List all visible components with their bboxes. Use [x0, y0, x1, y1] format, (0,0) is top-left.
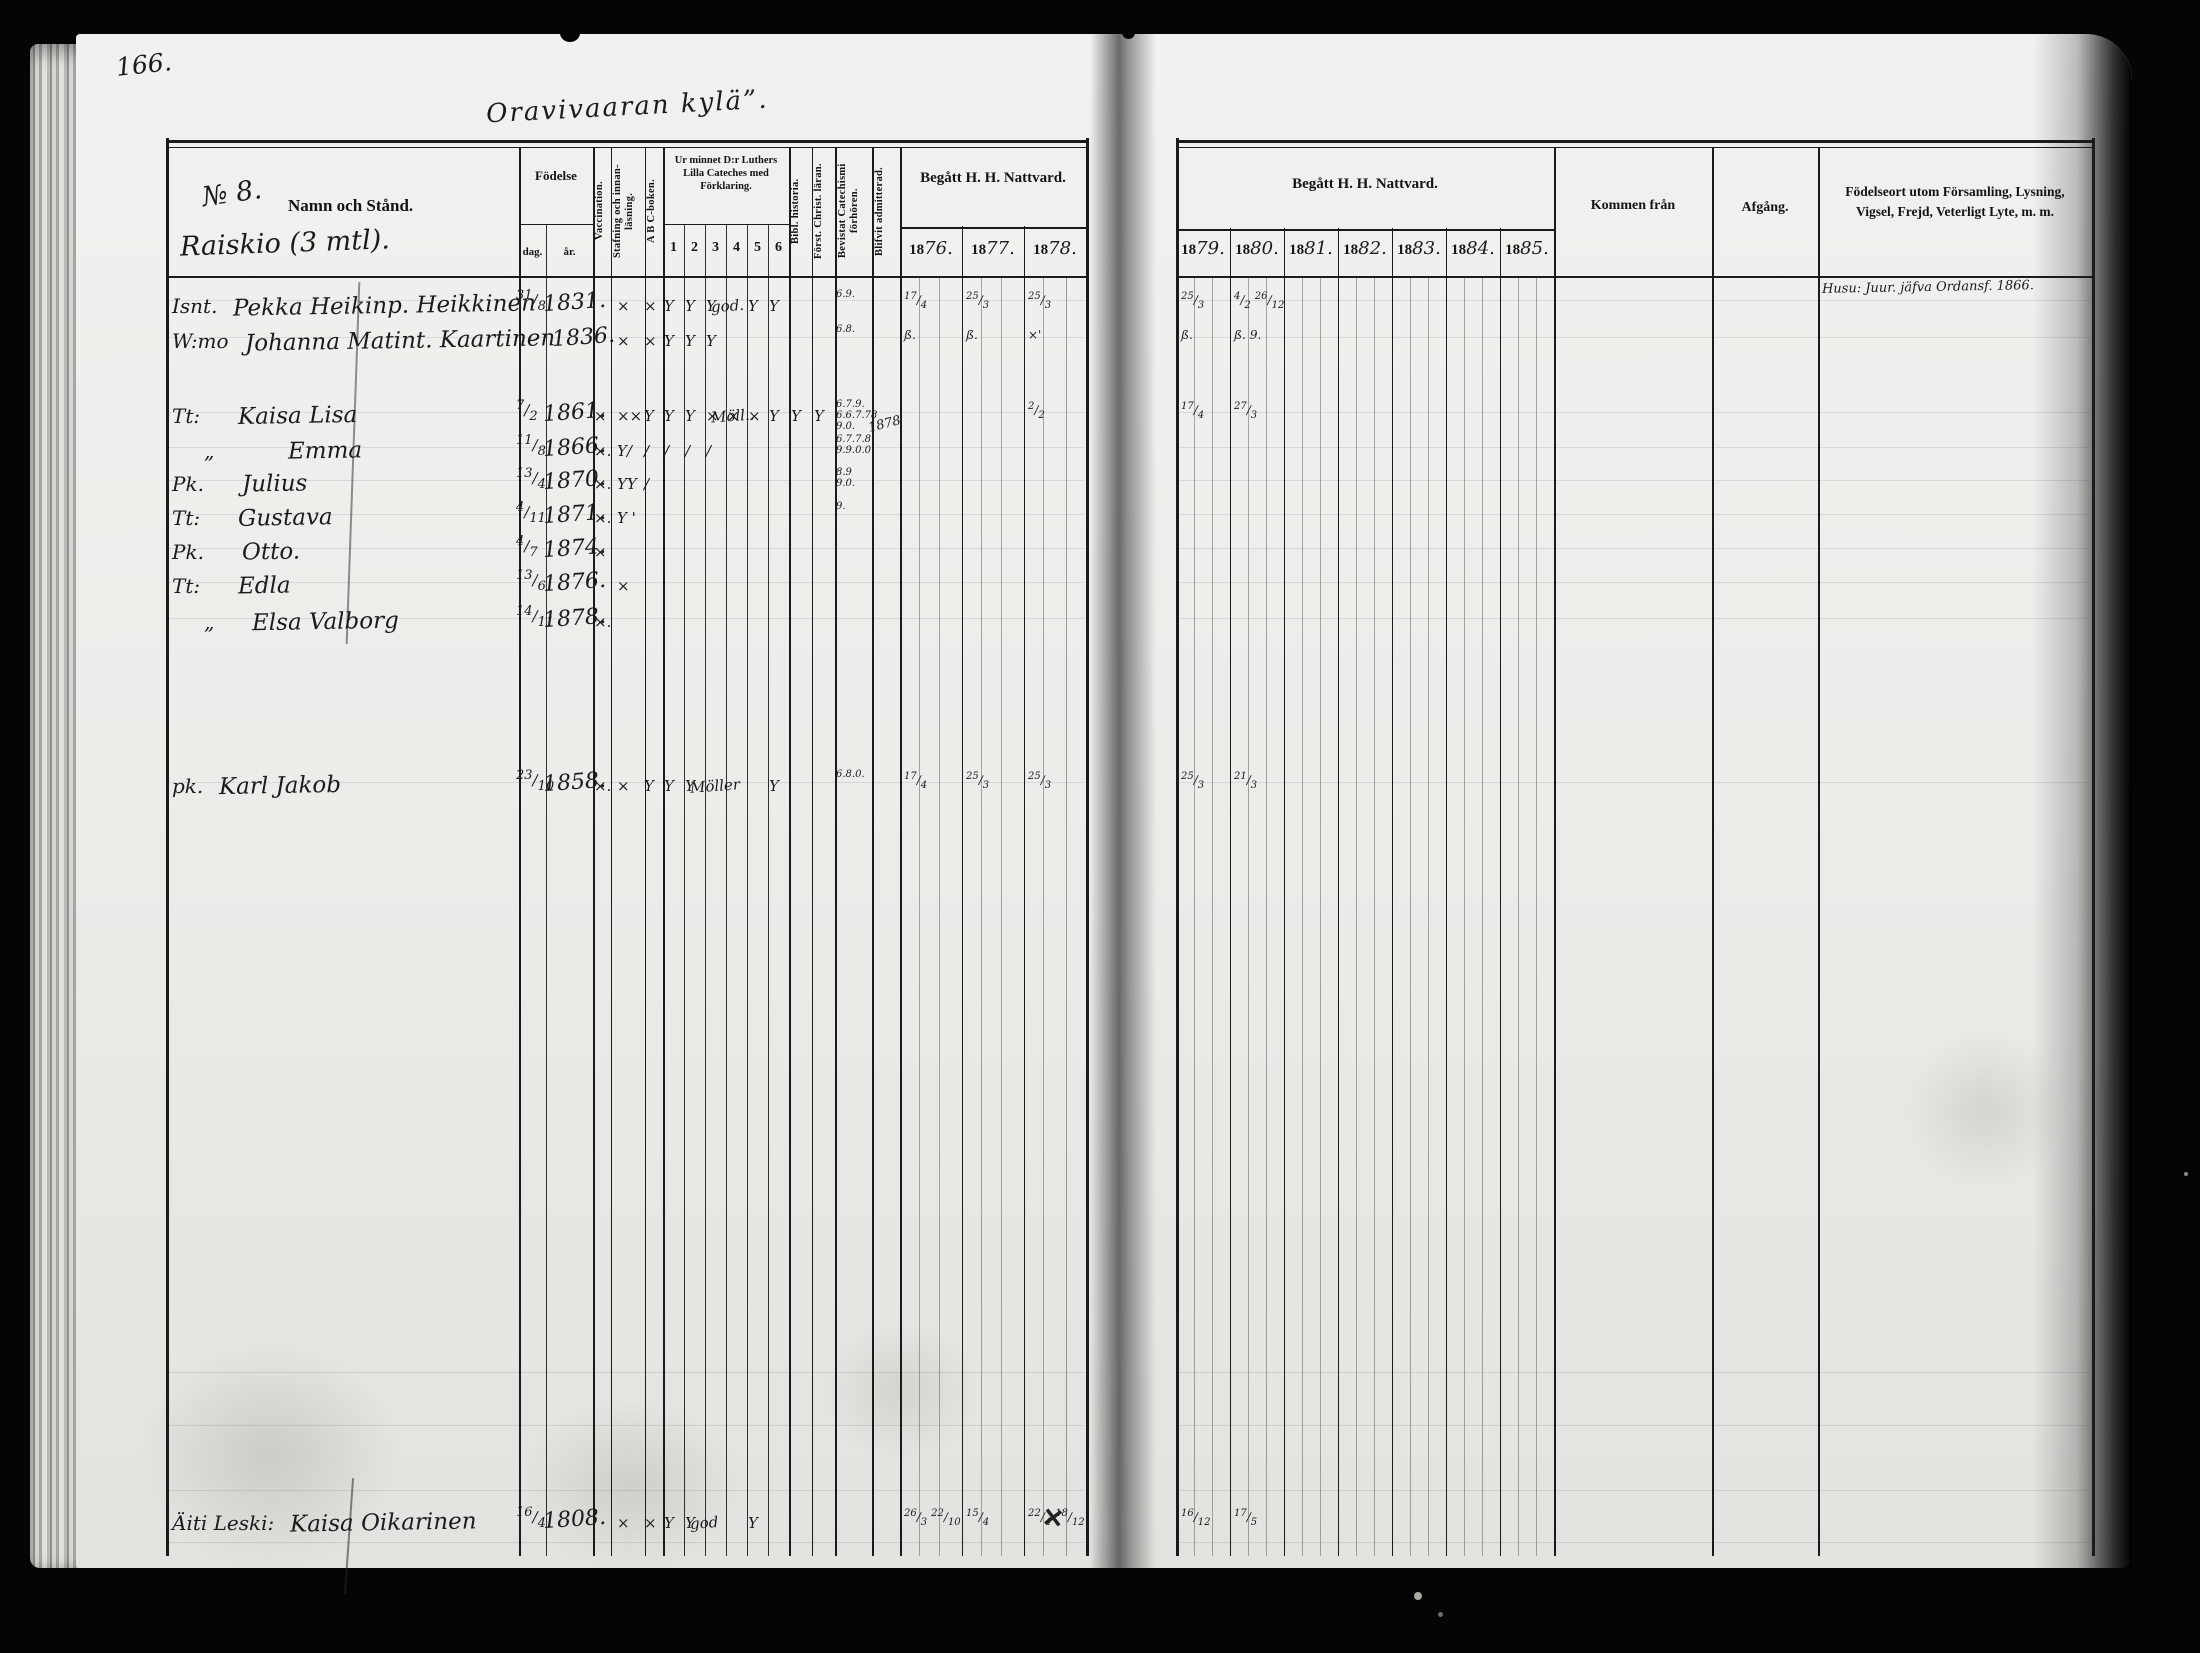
reading-mark: Y: [685, 407, 695, 425]
communion-year-header: 1876.: [900, 238, 962, 259]
exam-years-note: 6.9.: [836, 289, 855, 300]
reading-mark: /: [706, 442, 711, 460]
reading-mark: Y: [644, 407, 654, 425]
reading-mark: Y: [791, 407, 801, 425]
reading-mark: /: [644, 475, 649, 493]
year-script-suffix: 78.: [1048, 238, 1077, 259]
table-rule-horizontal: [1178, 548, 2090, 549]
departure-header: Afgång.: [1712, 200, 1818, 216]
year-script-suffix: 77.: [986, 238, 1015, 259]
year-printed-prefix: 18: [1343, 242, 1358, 258]
table-rule-vertical: [1066, 276, 1067, 1556]
person-name: Elsa Valborg: [252, 608, 399, 637]
communion-year-header: 1881.: [1284, 238, 1338, 259]
catechism-group-header: Ur minnet D:r Luthers Lilla Cateches med…: [665, 154, 787, 193]
person-row: Pk.Julius: [172, 471, 307, 497]
reading-spelling-header: Stafning och innan­läsning.: [612, 150, 644, 272]
table-rule-vertical: [939, 276, 940, 1556]
communion-date-mark: ß. 9.: [1234, 326, 1261, 344]
reading-mark: Y: [769, 777, 779, 795]
communion-year-header: 1880.: [1230, 238, 1284, 259]
communion-date-mark: ß.: [904, 326, 916, 344]
page-right-edge-shadow: [2032, 34, 2132, 1568]
reading-mark: ×: [617, 297, 630, 315]
table-rule-horizontal: [1178, 300, 2090, 301]
person-row: pk.Karl Jakob: [172, 773, 341, 799]
reading-mark: /: [685, 442, 690, 460]
communion-date-mark: 4∕2 26∕12: [1234, 291, 1284, 309]
reading-mark: Y: [664, 1514, 674, 1532]
table-rule-vertical: [1818, 148, 1820, 1556]
birth-year-header: år.: [546, 246, 593, 258]
birth-column-header: Födelse: [519, 168, 593, 184]
reading-mark: Y: [814, 407, 824, 425]
communion-date-mark: 25∕3: [1181, 291, 1204, 309]
table-rule-horizontal: [1178, 1542, 2090, 1543]
catechism-part-number: 5: [747, 240, 768, 256]
communion-date-mark: 25∕3: [1028, 771, 1051, 789]
communion-date-mark: 17∕4: [904, 291, 927, 309]
table-rule-horizontal: [1178, 480, 2090, 481]
table-rule-horizontal: [168, 548, 1084, 549]
table-rule-horizontal: [1176, 147, 2092, 148]
table-rule-vertical: [872, 148, 874, 1556]
reading-mark: ×: [617, 777, 630, 795]
exam-years-note: 8.99.0.: [836, 467, 855, 489]
abc-book-header: A B C-boken.: [646, 150, 662, 272]
table-rule-vertical: [166, 138, 169, 1556]
year-script-suffix: 82.: [1358, 238, 1387, 259]
communion-date-mark: 25∕3: [1028, 291, 1051, 309]
table-rule-vertical: [593, 148, 595, 1556]
table-rule-horizontal: [1178, 582, 2090, 583]
reading-note: god: [689, 1513, 718, 1533]
reading-mark: Y: [748, 1514, 758, 1532]
table-rule-horizontal: [1178, 337, 2090, 338]
table-rule-vertical: [1482, 276, 1483, 1556]
communion-year-header: 1878.: [1024, 238, 1086, 259]
person-row: Tt:Gustava: [172, 505, 333, 531]
christian-doctrine-header: Först. Christ. läran.: [813, 150, 834, 272]
table-rule-horizontal: [900, 227, 1086, 229]
communion-date-mark: 17∕5: [1234, 1508, 1257, 1526]
table-rule-vertical: [1374, 276, 1375, 1556]
person-name: Gustava: [238, 504, 333, 532]
dust-speck: [1414, 1592, 1422, 1600]
catechism-part-number: 1: [663, 240, 684, 256]
reading-mark: Y: [664, 777, 674, 795]
table-rule-vertical: [1446, 228, 1447, 1556]
birth-year: 1831.: [542, 288, 607, 317]
year-printed-prefix: 18: [909, 242, 924, 258]
exam-years-note: 6.8.0.: [836, 769, 865, 780]
table-rule-vertical: [1356, 276, 1357, 1556]
table-rule-vertical: [1410, 276, 1411, 1556]
name-column-header: Namn och Stånd.: [288, 196, 413, 216]
table-rule-horizontal: [168, 1490, 1084, 1491]
communion-date-mark: 25∕3: [1181, 771, 1204, 789]
year-script-suffix: 80.: [1250, 238, 1279, 259]
table-rule-horizontal: [166, 147, 1086, 148]
table-rule-vertical: [1428, 276, 1429, 1556]
communion-year-header: 1879.: [1176, 238, 1230, 259]
birth-day-header: dag.: [519, 246, 546, 258]
table-rule-vertical: [1266, 276, 1267, 1556]
person-row: Tt:Edla: [172, 573, 291, 599]
person-row: „Elsa Valborg: [204, 609, 399, 635]
table-rule-vertical: [2092, 138, 2095, 1556]
reading-mark: Y: [769, 407, 779, 425]
person-prefix: Pk.: [172, 472, 204, 496]
birth-day: 4∕7: [516, 537, 538, 556]
reading-mark: /: [644, 442, 649, 460]
table-rule-vertical: [1230, 228, 1231, 1556]
communion-date-mark: ×': [1028, 326, 1041, 344]
person-prefix: Tt:: [172, 574, 200, 598]
year-printed-prefix: 18: [1181, 242, 1196, 258]
year-printed-prefix: 18: [971, 242, 986, 258]
binding-shadow: [1090, 34, 1156, 1568]
person-name: Edla: [238, 573, 291, 600]
table-rule-horizontal: [1176, 140, 2092, 143]
reading-mark: ×: [644, 297, 657, 315]
person-name: Emma: [288, 437, 363, 464]
reading-mark: ×.: [594, 475, 611, 493]
year-script-suffix: 76.: [924, 238, 953, 259]
catechism-part-number: 3: [705, 240, 726, 256]
table-rule-vertical: [1248, 276, 1249, 1556]
ink-speck: [560, 24, 580, 42]
person-row: Isnt.Pekka Heikinp. Heikkinen: [172, 293, 536, 319]
person-name: Kaisa Oikarinen: [290, 1508, 477, 1537]
table-rule-vertical: [1518, 276, 1519, 1556]
reading-mark: Y ': [617, 509, 636, 527]
table-rule-horizontal: [1176, 276, 2092, 278]
communion-group-header-right: Begått H. H. Nattvard.: [1176, 176, 1554, 193]
dust-speck: [1438, 1612, 1443, 1617]
catechism-part-number: 4: [726, 240, 747, 256]
communion-year-header: 1877.: [962, 238, 1024, 259]
page-number: 166.: [115, 47, 173, 82]
reading-mark: ×.: [594, 442, 611, 460]
table-rule-horizontal: [663, 224, 789, 225]
table-rule-horizontal: [1178, 1490, 2090, 1491]
table-rule-vertical: [1302, 276, 1303, 1556]
year-printed-prefix: 18: [1289, 242, 1304, 258]
communion-year-header: 1885.: [1500, 238, 1554, 259]
reading-mark: Y: [706, 332, 716, 350]
reading-note: Möller: [689, 775, 740, 796]
table-rule-vertical: [789, 148, 791, 1556]
communion-date-mark: ß.: [1181, 326, 1193, 344]
year-script-suffix: 79.: [1196, 238, 1225, 259]
communion-year-header: 1883.: [1392, 238, 1446, 259]
reading-mark: Y: [685, 297, 695, 315]
table-rule-vertical: [919, 276, 920, 1556]
table-rule-vertical: [519, 148, 521, 1556]
table-rule-vertical: [1338, 228, 1339, 1556]
table-rule-vertical: [981, 276, 982, 1556]
person-prefix: Isnt.: [172, 294, 217, 318]
person-name: Pekka Heikinp. Heikkinen: [233, 290, 536, 321]
table-rule-vertical: [1284, 228, 1285, 1556]
reading-mark: ×: [594, 543, 607, 561]
table-rule-vertical: [1212, 276, 1213, 1556]
communion-date-mark: 27∕3: [1234, 401, 1257, 419]
communion-date-mark: 25∕3: [966, 771, 989, 789]
year-printed-prefix: 18: [1451, 242, 1466, 258]
table-rule-vertical: [1536, 276, 1537, 1556]
reading-mark: ×: [617, 332, 630, 350]
reading-mark: ×.: [594, 777, 611, 795]
table-rule-vertical: [1194, 276, 1195, 1556]
table-rule-horizontal: [1178, 782, 2090, 783]
table-rule-horizontal: [168, 1425, 1084, 1426]
year-printed-prefix: 18: [1505, 242, 1520, 258]
table-rule-vertical: [1320, 276, 1321, 1556]
person-row: Äiti Leski:Kaisa Oikarinen: [172, 1510, 477, 1536]
person-prefix: pk.: [172, 774, 203, 798]
communion-year-header: 1884.: [1446, 238, 1500, 259]
table-rule-vertical: [1176, 138, 1179, 1556]
reading-mark: YY: [617, 475, 637, 493]
church-book-scan: 166. Oravivaaran kylä”. № 8. Namn och St…: [0, 0, 2200, 1653]
reading-mark: ×: [644, 332, 657, 350]
reading-mark: ×: [644, 1514, 657, 1532]
table-rule-horizontal: [168, 1542, 1084, 1543]
table-rule-horizontal: [1178, 514, 2090, 515]
table-rule-vertical: [1464, 276, 1465, 1556]
person-prefix: Äiti Leski:: [172, 1511, 274, 1535]
birth-year: 1808.: [542, 1505, 607, 1534]
reading-mark: Y: [748, 297, 758, 315]
reading-mark: Y: [644, 777, 654, 795]
dust-speck: [2184, 1172, 2188, 1176]
communion-date-mark: 21∕3: [1234, 771, 1257, 789]
table-rule-horizontal: [166, 276, 1086, 278]
person-prefix: W:mo: [172, 329, 229, 353]
table-rule-horizontal: [1178, 1425, 2090, 1426]
table-rule-vertical: [1043, 276, 1044, 1556]
person-name: Julius: [242, 470, 308, 497]
reading-mark: Y: [664, 297, 674, 315]
ink-speck: [1122, 26, 1135, 39]
reading-note: Möll..: [710, 406, 755, 427]
table-rule-vertical: [1712, 148, 1714, 1556]
person-prefix: „: [204, 610, 214, 634]
person-prefix: Tt:: [172, 404, 200, 428]
person-row: W:moJohanna Matint. Kaartinen: [172, 328, 555, 354]
reading-mark: ×: [617, 577, 630, 595]
year-printed-prefix: 18: [1033, 242, 1048, 258]
person-name: Karl Jakob: [219, 772, 341, 800]
table-rule-vertical: [1024, 226, 1025, 1556]
arrived-from-header: Kommen från: [1554, 198, 1712, 214]
reading-mark: ×: [594, 407, 607, 425]
reading-mark: Y: [664, 407, 674, 425]
communion-date-mark: 25∕3: [966, 291, 989, 309]
catechism-exam-header: Bevistat Catechismi förhören.: [837, 150, 870, 272]
person-name: Johanna Matint. Kaartinen: [244, 325, 555, 356]
table-rule-horizontal: [1178, 1372, 2090, 1373]
table-rule-vertical: [663, 148, 665, 1556]
table-rule-vertical: [611, 148, 612, 1556]
communion-date-mark: 22∕4 18∕12✕: [1028, 1508, 1085, 1526]
catechism-part-number: 6: [768, 240, 789, 256]
table-rule-horizontal: [1178, 412, 2090, 413]
person-prefix: Tt:: [172, 506, 200, 530]
year-script-suffix: 85.: [1520, 238, 1549, 259]
year-script-suffix: 83.: [1412, 238, 1441, 259]
reading-mark: /: [664, 442, 669, 460]
table-rule-horizontal: [1176, 229, 1554, 231]
birth-day: 7∕2: [516, 401, 538, 420]
table-rule-vertical: [1001, 276, 1002, 1556]
person-name: Kaisa Lisa: [238, 402, 358, 430]
reading-mark: Y/: [617, 442, 632, 460]
year-printed-prefix: 18: [1235, 242, 1250, 258]
table-rule-vertical: [1554, 148, 1556, 1556]
communion-date-mark: 17∕4: [904, 771, 927, 789]
table-rule-horizontal: [166, 140, 1086, 143]
crossed-out-mark: ✕: [1040, 1503, 1066, 1536]
exam-years-note: 6.7.7.89.9.0.0.: [836, 434, 874, 456]
table-rule-vertical: [645, 148, 646, 1556]
reading-mark: ××: [617, 407, 642, 425]
communion-date-mark: 2∕2: [1028, 401, 1045, 419]
person-row: „Emma: [204, 438, 363, 464]
bible-history-header: Bibl. historia.: [790, 150, 811, 272]
table-rule-vertical: [900, 148, 902, 1556]
vaccination-header: Vaccination.: [594, 150, 610, 272]
communion-date-mark: ß.: [966, 326, 978, 344]
person-row: Pk.Otto.: [172, 539, 300, 565]
reading-mark: ×: [617, 1514, 630, 1532]
person-prefix: „: [204, 439, 214, 463]
exam-years-note: 6.8.: [836, 324, 855, 335]
table-rule-vertical: [1500, 228, 1501, 1556]
table-rule-horizontal: [1178, 447, 2090, 448]
person-row: Tt:Kaisa Lisa: [172, 403, 357, 429]
person-prefix: Pk.: [172, 540, 204, 564]
year-script-suffix: 81.: [1304, 238, 1333, 259]
reading-mark: ×.: [594, 509, 611, 527]
table-rule-horizontal: [168, 1372, 1084, 1373]
reading-mark: Y: [664, 332, 674, 350]
birth-year: 1836.: [551, 323, 616, 352]
person-name: Otto.: [242, 538, 301, 565]
reading-mark: ×.: [594, 613, 611, 631]
communion-date-mark: 15∕4: [966, 1508, 989, 1526]
communion-date-mark: 16∕12: [1181, 1508, 1211, 1526]
reading-note: god.: [710, 296, 744, 316]
table-rule-vertical: [1086, 138, 1089, 1556]
communion-date-mark: 26∕3 22∕10: [904, 1508, 961, 1526]
table-rule-vertical: [812, 148, 813, 1556]
reading-mark: Y: [769, 297, 779, 315]
admitted-header: Blifvit admitterad.: [874, 150, 898, 272]
birth-year: 1876.: [542, 568, 607, 597]
communion-year-header: 1882.: [1338, 238, 1392, 259]
communion-group-header-left: Begått H. H. Nattvard.: [900, 170, 1086, 187]
reading-mark: Y: [685, 332, 695, 350]
birthplace-notes-header: Födelseort utom Församling, Lysning, Vig…: [1830, 182, 2080, 222]
exam-years-note: 9.: [836, 501, 846, 512]
year-printed-prefix: 18: [1397, 242, 1412, 258]
table-rule-vertical: [962, 226, 963, 1556]
year-script-suffix: 84.: [1466, 238, 1495, 259]
table-rule-vertical: [835, 148, 837, 1556]
table-rule-horizontal: [1178, 618, 2090, 619]
catechism-part-number: 2: [684, 240, 705, 256]
table-rule-vertical: [1392, 228, 1393, 1556]
table-rule-horizontal: [519, 224, 593, 225]
communion-date-mark: 17∕4: [1181, 401, 1204, 419]
